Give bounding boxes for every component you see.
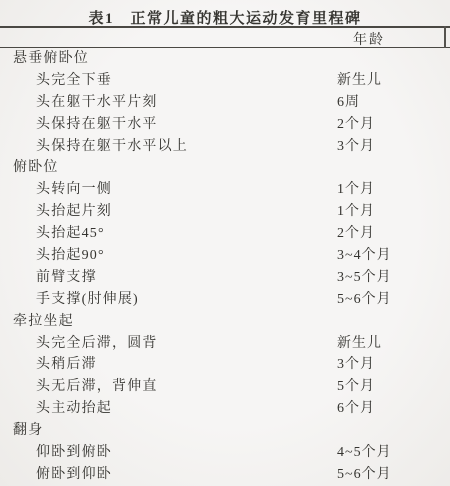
table-row: 头抬起90° 3~4个月 <box>0 245 450 267</box>
row-age: 3个月 <box>337 354 375 376</box>
row-age: 6周 <box>337 92 360 114</box>
row-label: 悬垂俯卧位 <box>13 48 89 70</box>
row-label: 头抬起90° <box>36 245 105 267</box>
row-label: 头抬起45° <box>36 223 105 245</box>
table-row: 头在躯干水平片刻 6周 <box>0 92 450 114</box>
table-row: 悬垂俯卧位 <box>0 48 450 70</box>
row-age: 4~5个月 <box>337 442 392 464</box>
row-age: 新生儿 <box>337 70 382 92</box>
row-age: 1个月 <box>337 201 375 223</box>
row-label: 头保持在躯干水平以上 <box>36 136 188 158</box>
row-age: 5~6个月 <box>337 464 392 486</box>
table-row: 手支撑(肘伸展) 5~6个月 <box>0 289 450 311</box>
table-row: 头无后滞，背伸直 5个月 <box>0 376 450 398</box>
row-age: 1个月 <box>337 179 375 201</box>
row-label: 仰卧到俯卧 <box>36 442 112 464</box>
row-label: 头保持在躯干水平 <box>36 114 158 136</box>
row-age: 2个月 <box>337 223 375 245</box>
row-label: 俯卧位 <box>13 157 59 179</box>
table-caption: 表1 正常儿童的粗大运动发育里程碑 <box>0 7 450 28</box>
row-label: 牵拉坐起 <box>13 311 74 333</box>
table-row: 头抬起45° 2个月 <box>0 223 450 245</box>
row-label: 头完全下垂 <box>36 70 112 92</box>
table-row: 头完全下垂 新生儿 <box>0 70 450 92</box>
table-row: 头完全后滞，圆背 新生儿 <box>0 333 450 355</box>
row-label: 头在躯干水平片刻 <box>36 92 158 114</box>
row-label: 前臂支撑 <box>36 267 97 289</box>
table-row: 仰卧到俯卧 4~5个月 <box>0 442 450 464</box>
table-row: 头抬起片刻 1个月 <box>0 201 450 223</box>
row-age: 新生儿 <box>337 333 382 355</box>
row-age: 6个月 <box>337 398 375 420</box>
row-age: 3~4个月 <box>337 245 392 267</box>
table-top-rule <box>0 26 450 28</box>
row-label: 俯卧到仰卧 <box>36 464 112 486</box>
table-row: 前臂支撑 3~5个月 <box>0 267 450 289</box>
table-row: 头主动抬起 6个月 <box>0 398 450 420</box>
table-row: 头稍后滞 3个月 <box>0 354 450 376</box>
right-edge-tick <box>444 26 446 48</box>
row-label: 手支撑(肘伸展) <box>36 289 139 311</box>
row-age: 5个月 <box>337 376 375 398</box>
table-body: 悬垂俯卧位 头完全下垂 新生儿 头在躯干水平片刻 6周 头保持在躯干水平 2个月… <box>0 48 450 486</box>
row-label: 翻身 <box>13 420 43 442</box>
scanned-table-page: 表1 正常儿童的粗大运动发育里程碑 年龄 悬垂俯卧位 头完全下垂 新生儿 头在躯… <box>0 0 450 486</box>
row-label: 头抬起片刻 <box>36 201 112 223</box>
table-row: 头保持在躯干水平 2个月 <box>0 114 450 136</box>
table-row: 头转向一侧 1个月 <box>0 179 450 201</box>
row-label: 头稍后滞 <box>36 354 97 376</box>
row-label: 头完全后滞，圆背 <box>36 333 158 355</box>
table-row: 牵拉坐起 <box>0 311 450 333</box>
row-label: 头转向一侧 <box>36 179 112 201</box>
row-label: 头主动抬起 <box>36 398 112 420</box>
row-label: 头无后滞，背伸直 <box>36 376 158 398</box>
row-age: 2个月 <box>337 114 375 136</box>
table-row: 俯卧位 <box>0 157 450 179</box>
row-age: 3~5个月 <box>337 267 392 289</box>
row-age: 3个月 <box>337 136 375 158</box>
table-row: 俯卧到仰卧 5~6个月 <box>0 464 450 486</box>
row-age: 5~6个月 <box>337 289 392 311</box>
table-row: 翻身 <box>0 420 450 442</box>
table-row: 头保持在躯干水平以上 3个月 <box>0 136 450 158</box>
